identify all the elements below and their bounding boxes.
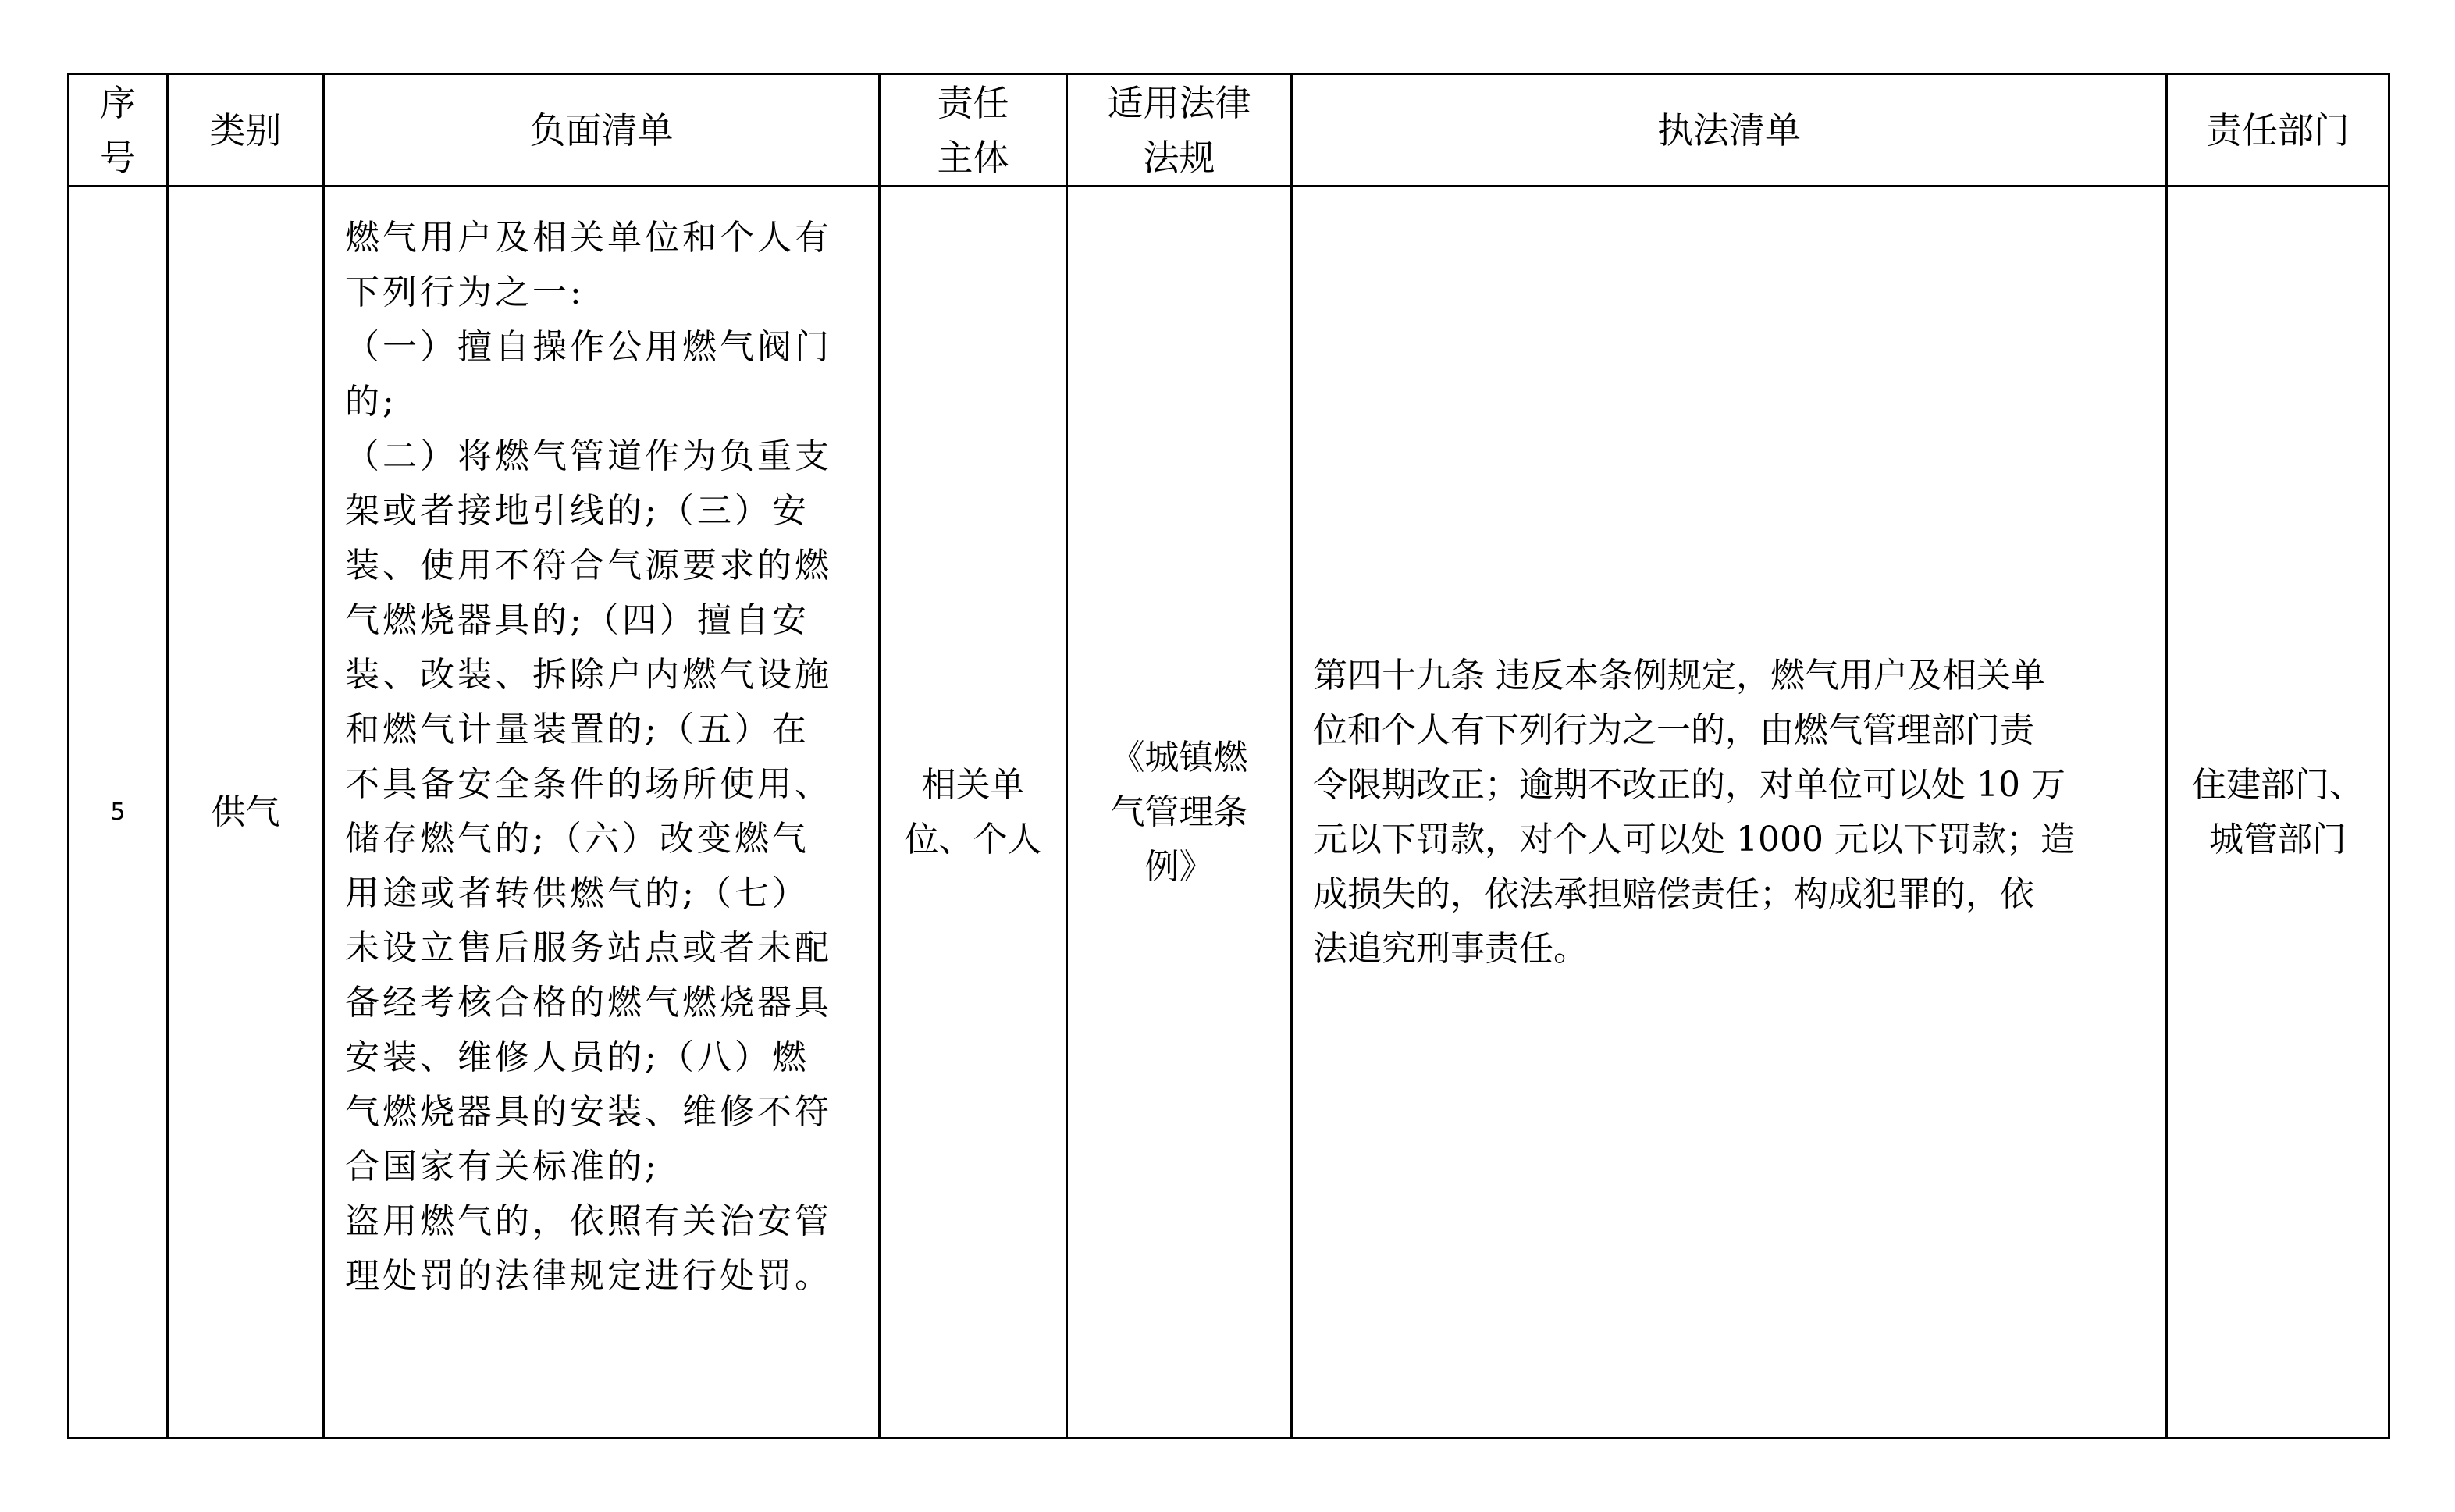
negative-list-line: 气燃烧器具的;（四）擅自安 (345, 593, 861, 648)
negative-list-line: 合国家有关标准的; (345, 1140, 861, 1194)
negative-list-line: 理处罚的法律规定进行处罚。 (345, 1249, 861, 1304)
law-line: 例》 (1068, 840, 1290, 895)
header-law-line: 适用法律 (1068, 76, 1290, 130)
negative-list-line: 备经考核合格的燃气燃烧器具 (345, 976, 861, 1030)
header-seq: 序 号 (69, 74, 168, 187)
header-negative-list-label: 负面清单 (325, 103, 878, 158)
subject-line: 相关单 (881, 758, 1066, 813)
enforcement-line: 令限期改正；逾期不改正的，对单位可以处 10 万 (1313, 758, 2145, 813)
cell-enforcement: 第四十九条 违反本条例规定，燃气用户及相关单 位和个人有下列行为之一的，由燃气管… (1292, 187, 2167, 1439)
header-department: 责任部门 (2167, 74, 2389, 187)
cell-seq: 5 (69, 187, 168, 1439)
department-line: 城管部门 (2168, 813, 2388, 867)
enforcement-line: 元以下罚款，对个人可以处 1000 元以下罚款；造 (1313, 813, 2145, 867)
negative-list-line: 用途或者转供燃气的;（七） (345, 866, 861, 921)
negative-list-line: 的; (345, 375, 861, 429)
header-subject: 责任 主体 (880, 74, 1067, 187)
negative-list-line: 和燃气计量装置的;（五）在 (345, 703, 861, 757)
enforcement-line: 位和个人有下列行为之一的，由燃气管理部门责 (1313, 703, 2145, 758)
header-subject-line: 主体 (881, 130, 1066, 185)
cell-law: 《城镇燃 气管理条 例》 (1067, 187, 1292, 1439)
header-category-label: 类别 (169, 103, 322, 158)
header-law-line: 法规 (1068, 130, 1290, 185)
header-subject-line: 责任 (881, 76, 1066, 130)
law-line: 气管理条 (1068, 785, 1290, 840)
header-seq-line: 号 (69, 130, 166, 185)
cell-subject: 相关单 位、个人 (880, 187, 1067, 1439)
negative-list-line: 不具备安全条件的场所使用、 (345, 757, 861, 812)
negative-list-line: 未设立售后服务站点或者未配 (345, 921, 861, 976)
cell-department: 住建部门、 城管部门 (2167, 187, 2389, 1439)
enforcement-line: 法追究刑事责任。 (1313, 922, 2145, 977)
header-law: 适用法律 法规 (1067, 74, 1292, 187)
enforcement-line: 成损失的，依法承担赔偿责任；构成犯罪的，依 (1313, 867, 2145, 922)
negative-list-line: 装、改装、拆除户内燃气设施 (345, 648, 861, 703)
header-negative-list: 负面清单 (324, 74, 880, 187)
negative-list-line: 下列行为之一: (345, 265, 861, 320)
negative-list-line: 装、使用不符合气源要求的燃 (345, 539, 861, 593)
table-row: 5 供气 燃气用户及相关单位和个人有 下列行为之一: （一）擅自操作公用燃气阀门… (69, 187, 2389, 1439)
header-department-label: 责任部门 (2168, 103, 2388, 158)
negative-list-line: 燃气用户及相关单位和个人有 (345, 211, 861, 265)
negative-list-line: 安装、维修人员的;（八）燃 (345, 1030, 861, 1085)
cell-category: 供气 (168, 187, 324, 1439)
subject-line: 位、个人 (881, 813, 1066, 867)
header-seq-line: 序 (69, 76, 166, 130)
header-enforcement-label: 执法清单 (1293, 103, 2165, 158)
cell-negative-list: 燃气用户及相关单位和个人有 下列行为之一: （一）擅自操作公用燃气阀门 的; （… (324, 187, 880, 1439)
header-enforcement: 执法清单 (1292, 74, 2167, 187)
header-row: 序 号 类别 负面清单 责任 主体 适用法律 法规 执法清单 责任部门 (69, 74, 2389, 187)
negative-list-line: 盗用燃气的，依照有关治安管 (345, 1194, 861, 1249)
negative-list-line: 架或者接地引线的;（三）安 (345, 484, 861, 539)
law-line: 《城镇燃 (1068, 731, 1290, 785)
header-category: 类别 (168, 74, 324, 187)
enforcement-line: 第四十九条 违反本条例规定，燃气用户及相关单 (1313, 649, 2145, 703)
negative-list-line: 气燃烧器具的安装、维修不符 (345, 1085, 861, 1140)
regulation-table: 序 号 类别 负面清单 责任 主体 适用法律 法规 执法清单 责任部门 5 供气… (67, 73, 2390, 1439)
negative-list-line: （一）擅自操作公用燃气阀门 (345, 320, 861, 375)
negative-list-line: （二）将燃气管道作为负重支 (345, 429, 861, 484)
department-line: 住建部门、 (2168, 758, 2388, 813)
negative-list-line: 储存燃气的;（六）改变燃气 (345, 812, 861, 866)
